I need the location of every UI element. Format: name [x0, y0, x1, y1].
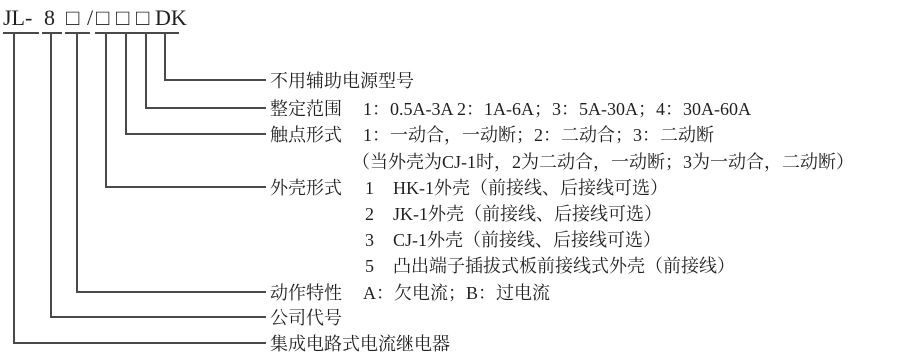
model-designation-diagram: JL- 8 □ / □ □ □ DK 不用辅助电源型号 整定范围 1：0.5A-…	[0, 0, 900, 363]
label-product-name: 集成电路式电流继电器	[270, 334, 450, 354]
model-segment-box-range: □	[136, 5, 149, 31]
case-option-code: 2	[365, 204, 374, 224]
case-option-desc: JK-1外壳（前接线、后接线可选）	[393, 204, 662, 224]
label-company-code: 公司代号	[270, 308, 342, 328]
label-contact-form: 触点形式	[270, 125, 342, 145]
model-segment-slash: /	[87, 5, 93, 31]
value-action-characteristic: A：欠电流；B：过电流	[363, 283, 550, 303]
model-segment-series: 8	[44, 5, 55, 31]
label-action-characteristic: 动作特性	[270, 283, 342, 303]
label-aux-power: 不用辅助电源型号	[270, 71, 414, 91]
label-setting-range: 整定范围	[270, 99, 342, 119]
value-setting-range: 1：0.5A-3A 2：1A-6A；3：5A-30A；4：30A-60A	[363, 99, 751, 119]
model-segment-prefix: JL-	[3, 5, 32, 31]
connector-aux-power	[164, 34, 266, 81]
case-option-code: 5	[365, 256, 374, 276]
model-segment-suffix: DK	[155, 5, 187, 31]
note-contact-form: （当外壳为CJ-1时，2为二动合，一动断；3为一动合，二动断）	[352, 152, 854, 172]
value-contact-form: 1：一动合，一动断；2：二动合；3：二动断	[363, 125, 714, 145]
model-segment-box-case: □	[96, 5, 109, 31]
case-option-desc: HK-1外壳（前接线、后接线可选）	[393, 178, 668, 198]
case-option-desc: 凸出端子插拔式板前接线式外壳（前接线）	[393, 256, 735, 276]
model-segment-box-contact: □	[116, 5, 129, 31]
model-segment-box-action: □	[66, 5, 79, 31]
label-case-form: 外壳形式	[270, 178, 342, 198]
case-option-desc: CJ-1外壳（前接线、后接线可选）	[393, 230, 661, 250]
case-option-code: 3	[365, 230, 374, 250]
case-option-code: 1	[365, 178, 374, 198]
